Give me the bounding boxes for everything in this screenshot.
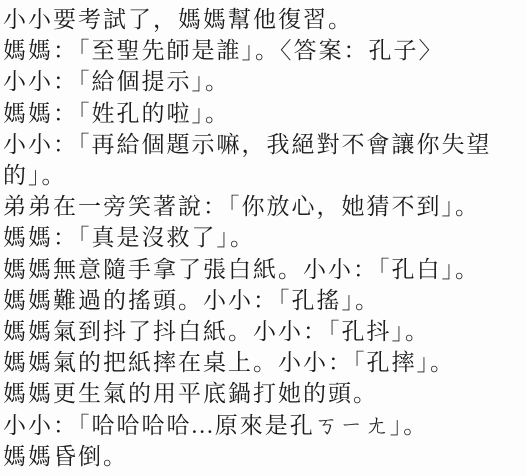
text-line: 媽媽昏倒。 — [3, 441, 526, 472]
text-line: 媽媽難過的搖頭。小小：「孔搖」。 — [3, 285, 526, 316]
text-line: 媽媽氣到抖了抖白紙。小小：「孔抖」。 — [3, 316, 526, 347]
text-line: 的」。 — [3, 160, 526, 191]
text-line: 小小要考試了，媽媽幫他復習。 — [3, 4, 526, 35]
text-line: 媽媽無意隨手拿了張白紙。小小：「孔白」。 — [3, 254, 526, 285]
text-line: 媽媽：「至聖先師是誰」。〈答案：孔子〉 — [3, 35, 526, 66]
text-line: 媽媽：「姓孔的啦」。 — [3, 98, 526, 129]
text-line: 媽媽：「真是沒救了」。 — [3, 222, 526, 253]
text-line: 媽媽氣的把紙摔在桌上。小小：「孔摔」。 — [3, 347, 526, 378]
text-line: 弟弟在一旁笑著說：「你放心，她猜不到」。 — [3, 191, 526, 222]
text-line: 小小：「給個提示」。 — [3, 66, 526, 97]
text-line: 媽媽更生氣的用平底鍋打她的頭。 — [3, 378, 526, 409]
text-line: 小小：「再給個題示嘛，我絕對不會讓你失望 — [3, 129, 526, 160]
document-page: 小小要考試了，媽媽幫他復習。 媽媽：「至聖先師是誰」。〈答案：孔子〉 小小：「給… — [0, 0, 526, 476]
text-line: 小小：「哈哈哈哈...原來是孔ㄎㄧㄤ」。 — [3, 410, 526, 441]
